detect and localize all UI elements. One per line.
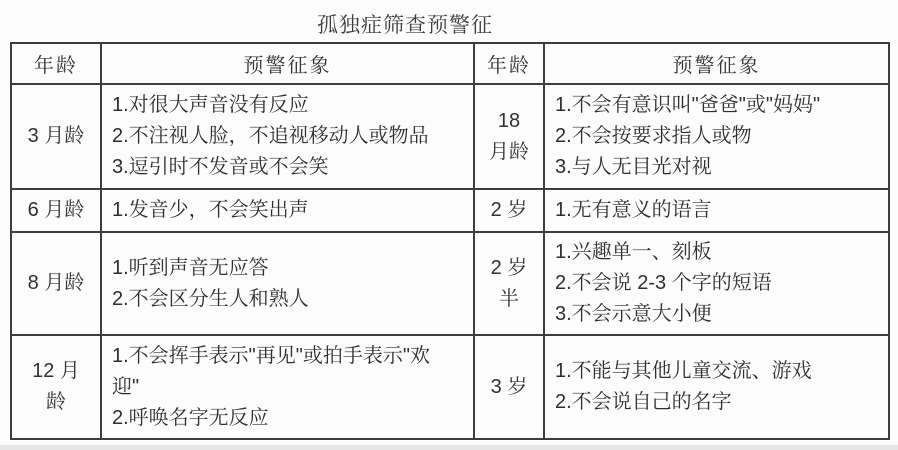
sign-item: 2.呼唤名字无反应 — [112, 403, 469, 434]
sign-item: 2.不会说 2-3 个字的短语 — [555, 268, 884, 299]
signs-cell: 1.不会挥手表示"再见"或拍手表示"欢 迎" 2.呼唤名字无反应 — [101, 335, 474, 439]
sign-item: 1.发音少，不会笑出声 — [112, 195, 469, 226]
sign-item: 3.不会示意大小便 — [555, 299, 884, 330]
age-cell: 8 月龄 — [11, 232, 101, 335]
table-row: 6 月龄 1.发音少，不会笑出声 2 岁 1.无有意义的语言 — [11, 189, 889, 232]
table-row: 8 月龄 1.听到声音无应答 2.不会区分生人和熟人 2 岁 半 1.兴趣单一、… — [11, 232, 889, 335]
signs-header-left: 预警征象 — [101, 43, 474, 84]
sign-item: 3.逗引时不发音或不会笑 — [112, 152, 469, 183]
signs-cell: 1.听到声音无应答 2.不会区分生人和熟人 — [101, 232, 474, 335]
bottom-gray-band — [0, 445, 898, 450]
signs-cell: 1.对很大声音没有反应 2.不注视人脸，不追视移动人或物品 3.逗引时不发音或不… — [101, 84, 474, 189]
age-cell: 2 岁 半 — [474, 232, 544, 335]
age-cell: 3 岁 — [474, 335, 544, 439]
sign-item: 1.听到声音无应答 — [112, 253, 469, 284]
header-row: 年龄 预警征象 年龄 预警征象 — [11, 43, 889, 84]
sign-item: 1.不会挥手表示"再见"或拍手表示"欢 迎" — [112, 341, 469, 403]
sign-item: 1.不会有意识叫"爸爸"或"妈妈" — [555, 90, 884, 121]
sign-item: 1.不能与其他儿童交流、游戏 — [555, 356, 884, 387]
sign-item: 2.不会区分生人和熟人 — [112, 284, 469, 315]
sign-item: 2.不会说自己的名字 — [555, 387, 884, 418]
sign-item: 2.不会按要求指人或物 — [555, 121, 884, 152]
signs-cell: 1.不会有意识叫"爸爸"或"妈妈" 2.不会按要求指人或物 3.与人无目光对视 — [544, 84, 889, 189]
page-title: 孤独症筛查预警征 — [0, 9, 810, 39]
sign-item: 1.对很大声音没有反应 — [112, 90, 469, 121]
sign-item: 1.无有意义的语言 — [555, 195, 884, 226]
age-cell: 2 岁 — [474, 189, 544, 232]
age-cell: 18 月龄 — [474, 84, 544, 189]
sign-item: 2.不注视人脸，不追视移动人或物品 — [112, 121, 469, 152]
signs-cell: 1.兴趣单一、刻板 2.不会说 2-3 个字的短语 3.不会示意大小便 — [544, 232, 889, 335]
age-header-right: 年龄 — [474, 43, 544, 84]
table-row: 3 月龄 1.对很大声音没有反应 2.不注视人脸，不追视移动人或物品 3.逗引时… — [11, 84, 889, 189]
table-row: 12 月 龄 1.不会挥手表示"再见"或拍手表示"欢 迎" 2.呼唤名字无反应 … — [11, 335, 889, 439]
signs-header-right: 预警征象 — [544, 43, 889, 84]
signs-cell: 1.发音少，不会笑出声 — [101, 189, 474, 232]
signs-cell: 1.无有意义的语言 — [544, 189, 889, 232]
age-cell: 12 月 龄 — [11, 335, 101, 439]
sign-item: 1.兴趣单一、刻板 — [555, 237, 884, 268]
warning-signs-table: 年龄 预警征象 年龄 预警征象 3 月龄 1.对很大声音没有反应 2.不注视人脸… — [10, 42, 890, 440]
age-cell: 6 月龄 — [11, 189, 101, 232]
sign-item: 3.与人无目光对视 — [555, 152, 884, 183]
age-header-left: 年龄 — [11, 43, 101, 84]
age-cell: 3 月龄 — [11, 84, 101, 189]
signs-cell: 1.不能与其他儿童交流、游戏 2.不会说自己的名字 — [544, 335, 889, 439]
